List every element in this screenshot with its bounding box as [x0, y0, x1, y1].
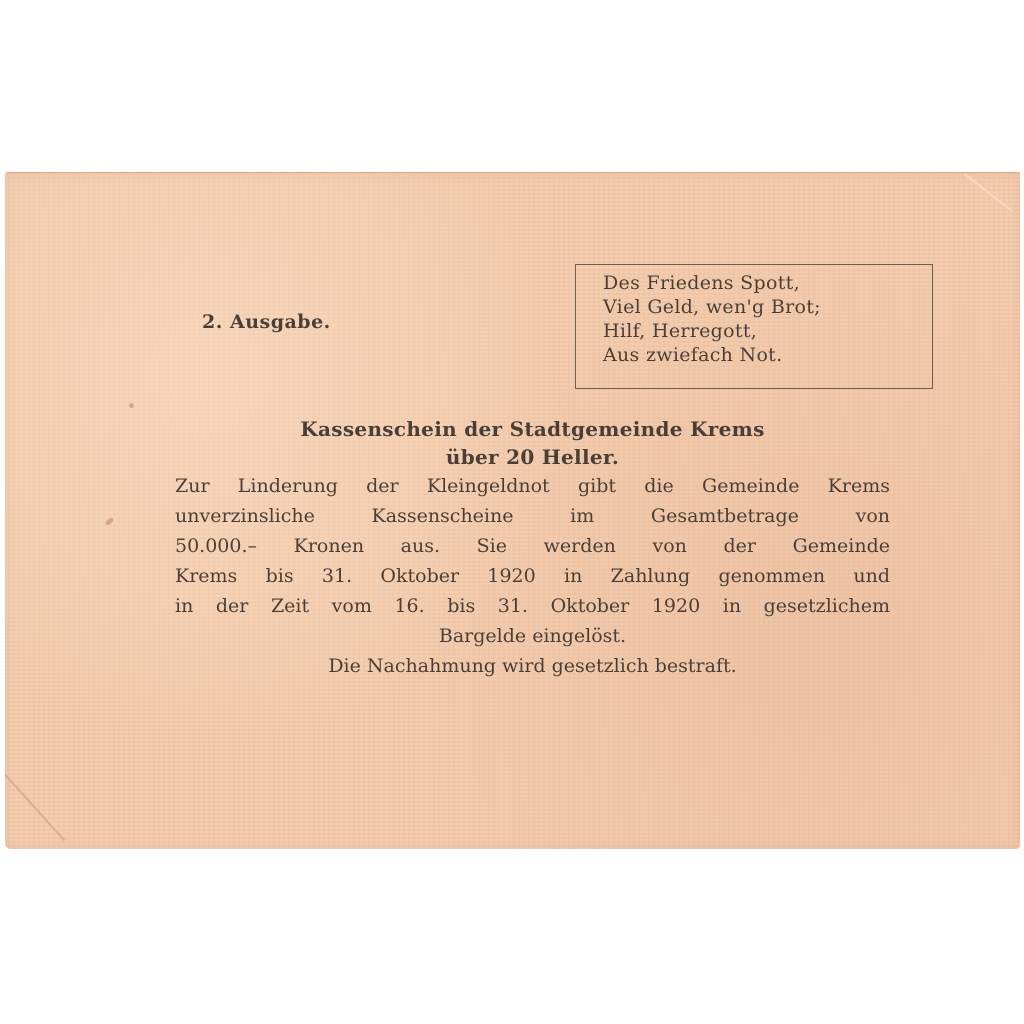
page: 2. Ausgabe. Des Friedens Spott, Viel Gel…: [0, 0, 1024, 1024]
body-line: Zur Linderung der Kleingeldnot gibt die …: [175, 471, 890, 501]
body-line: Krems bis 31. Oktober 1920 in Zahlung ge…: [175, 561, 890, 591]
verse-line: Viel Geld, wen'g Brot;: [603, 295, 932, 319]
paper-stain: [104, 517, 114, 527]
note-denomination: über 20 Heller.: [175, 443, 890, 471]
verse-line: Hilf, Herregott,: [603, 319, 932, 343]
verse-line: Aus zwiefach Not.: [603, 343, 932, 367]
paper-crease: [964, 173, 1013, 212]
verse-box: Des Friedens Spott, Viel Geld, wen'g Bro…: [575, 264, 933, 389]
paper-crease: [5, 773, 65, 841]
body-last-line: Bargelde eingelöst.: [175, 621, 890, 651]
verse-line: Des Friedens Spott,: [603, 271, 932, 295]
banknote-reverse: 2. Ausgabe. Des Friedens Spott, Viel Gel…: [5, 172, 1020, 849]
paper-stain: [129, 403, 134, 408]
counterfeit-warning: Die Nachahmung wird gesetzlich bestraft.: [175, 651, 890, 681]
body-line: unverzinsliche Kassenscheine im Gesamtbe…: [175, 501, 890, 531]
issue-label: 2. Ausgabe.: [202, 311, 331, 333]
note-title: Kassenschein der Stadtgemeinde Krems: [175, 415, 890, 443]
body-line: 50.000.– Kronen aus. Sie werden von der …: [175, 531, 890, 561]
body-line: in der Zeit vom 16. bis 31. Oktober 1920…: [175, 591, 890, 621]
main-text-block: Kassenschein der Stadtgemeinde Krems übe…: [175, 415, 890, 681]
